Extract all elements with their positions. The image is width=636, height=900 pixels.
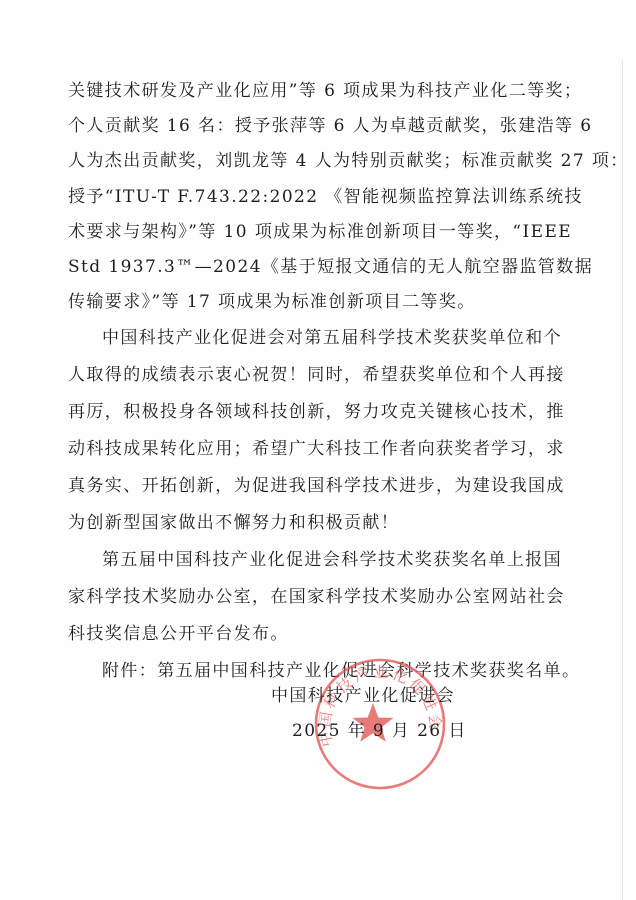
text-line: 传输要求》”等 17 项成果为标准创新项目二等奖。 bbox=[68, 292, 476, 312]
text-line: 第五届中国科技产业化促进会科学技术奖获奖名单上报国 bbox=[68, 550, 562, 570]
text-line: 家科学技术奖励办公室，在国家科学技术奖励办公室网站社会 bbox=[68, 587, 565, 607]
text-line: Std 1937.3™—2024《基于短报文通信的无人航空器监管数据 bbox=[68, 257, 593, 277]
text-line: 再厉，积极投身各领域科技创新，努力攻克关键核心技术，推 bbox=[68, 402, 565, 422]
text-line: 人取得的成绩表示衷心祝贺！同时，希望获奖单位和个人再接 bbox=[68, 365, 565, 385]
text-line: 为创新型国家做出不懈努力和积极贡献！ bbox=[68, 513, 399, 533]
issuing-organization: 中国科技产业化促进会 bbox=[271, 681, 455, 706]
scan-edge-divider bbox=[622, 60, 623, 900]
text-line: 授予“ITU-T F.743.22:2022 《智能视频监控算法训练系统技 bbox=[68, 187, 583, 207]
text-line: 中国科技产业化促进会对第五届科学技术奖获奖单位和个 bbox=[68, 328, 562, 348]
document-page: 关键技术研发及产业化应用”等 6 项成果为科技产业化二等奖； 个人贡献奖 16 … bbox=[0, 0, 636, 900]
text-line: 术要求与架构》”等 10 项成果为标准创新项目一等奖，“IEEE bbox=[68, 222, 572, 242]
issue-date: 2025 年 9 月 26 日 bbox=[292, 716, 467, 741]
text-line: 个人贡献奖 16 名：授予张萍等 6 人为卓越贡献奖，张建浩等 6 bbox=[68, 116, 592, 136]
text-line: 人为杰出贡献奖，刘凯龙等 4 人为特别贡献奖；标准贡献奖 27 项： bbox=[68, 151, 629, 171]
text-line: 真务实、开拓创新，为促进我国科学技术进步，为建设我国成 bbox=[68, 476, 565, 496]
text-line: 动科技成果转化应用；希望广大科技工作者向获奖者学习，求 bbox=[68, 439, 565, 459]
text-line: 科技奖信息公开平台发布。 bbox=[68, 624, 289, 644]
text-line: 关键技术研发及产业化应用”等 6 项成果为科技产业化二等奖； bbox=[68, 81, 582, 101]
